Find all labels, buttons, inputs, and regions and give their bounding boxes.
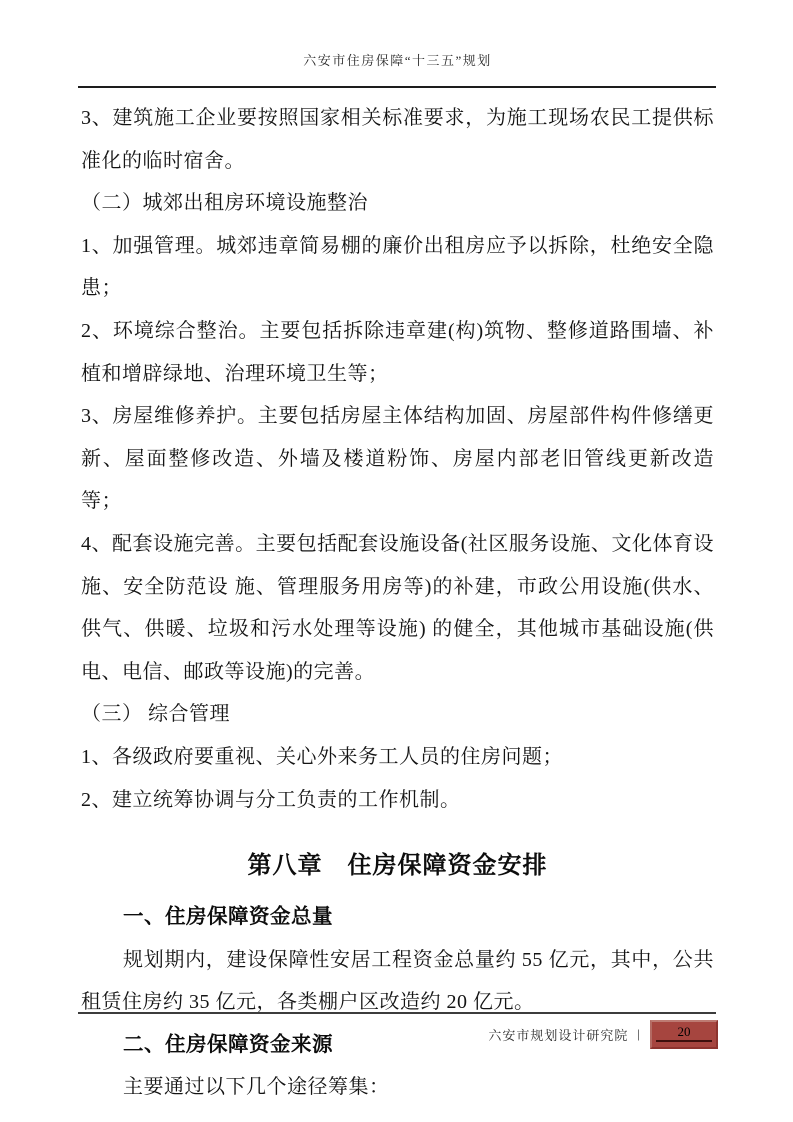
chapter-heading: 第八章 住房保障资金安排 [81,845,714,887]
body-paragraph: 3、房屋维修养护。主要包括房屋主体结构加固、房屋部件构件修缮更新、屋面整修改造、… [81,395,714,523]
body-paragraph: 4、配套设施完善。主要包括配套设施设备(社区服务设施、文化体育设施、安全防范设 … [81,523,714,693]
body-paragraph: 2、环境综合整治。主要包括拆除违章建(构)筑物、整修道路围墙、补植和增辟绿地、治… [81,310,714,395]
section-heading-1: 一、住房保障资金总量 [81,896,714,939]
body-paragraph: 1、各级政府要重视、关心外来务工人员的住房问题； [81,736,714,779]
document-body: 3、建筑施工企业要按照国家相关标准要求，为施工现场农民工提供标准化的临时宿舍。 … [81,97,714,1109]
footer-rule [78,1012,716,1014]
page-number-badge: 20 [650,1020,718,1049]
body-paragraph: （三） 综合管理 [81,693,714,736]
header-rule [78,86,716,88]
page-number: 20 [678,1022,691,1041]
body-paragraph: 1、加强管理。城郊违章简易棚的廉价出租房应予以拆除，杜绝安全隐患； [81,225,714,310]
footer-organization: 六安市规划设计研究院 [488,1025,628,1044]
page-footer: 六安市规划设计研究院 | 20 [488,1019,718,1049]
footer-separator: | [637,1026,641,1042]
body-paragraph: 2、建立统筹协调与分工负责的工作机制。 [81,779,714,822]
body-paragraph: （二）城郊出租房环境设施整治 [81,182,714,225]
body-paragraph: 3、建筑施工企业要按照国家相关标准要求，为施工现场农民工提供标准化的临时宿舍。 [81,97,714,182]
page-number-underline [656,1040,712,1042]
document-page: 六安市住房保障“十三五”规划 3、建筑施工企业要按照国家相关标准要求，为施工现场… [0,0,793,1122]
body-paragraph: 主要通过以下几个途径筹集： [81,1066,714,1109]
page-header-title: 六安市住房保障“十三五”规划 [80,50,715,69]
